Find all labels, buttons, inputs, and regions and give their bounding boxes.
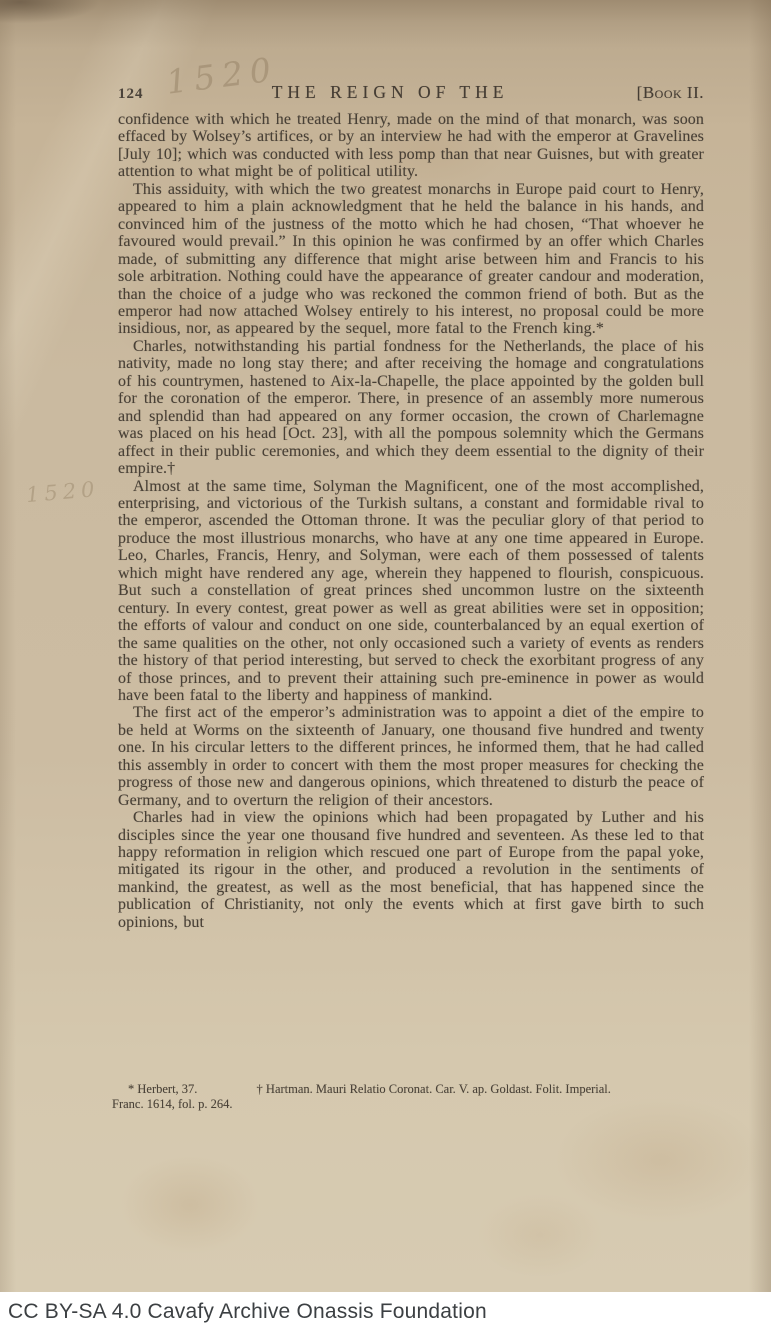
footnotes: * Herbert, 37. † Hartman. Mauri Relatio … [112, 1082, 712, 1112]
license-text: CC BY-SA 4.0 Cavafy Archive Onassis Foun… [8, 1300, 487, 1324]
license-caption-bar: CC BY-SA 4.0 Cavafy Archive Onassis Foun… [0, 1292, 771, 1332]
page-number: 124 [118, 86, 144, 103]
paragraph-4: Almost at the same time, Solyman the Mag… [118, 478, 704, 705]
paragraph-2: This assiduity, with which the two great… [118, 181, 704, 338]
paragraph-1: confidence with which he treated Henry, … [118, 111, 704, 181]
scanned-book-page: 1520 1520 124 THE REIGN OF THE [Book II.… [0, 0, 771, 1292]
book-section-label: [Book II. [637, 83, 704, 103]
footnote-continuation: Franc. 1614, fol. p. 264. [112, 1097, 712, 1112]
footnote-hartman: † Hartman. Mauri Relatio Coronat. Car. V… [257, 1082, 611, 1096]
page-body: confidence with which he treated Henry, … [118, 111, 704, 931]
paragraph-3: Charles, notwithstanding his partial fon… [118, 338, 704, 478]
footnote-herbert: * Herbert, 37. [128, 1082, 197, 1096]
footnote-line-1: * Herbert, 37. † Hartman. Mauri Relatio … [112, 1082, 712, 1097]
page-header: 124 THE REIGN OF THE [Book II. [118, 82, 704, 103]
handwritten-annotation-margin: 1520 [25, 477, 100, 507]
paragraph-6: Charles had in view the opinions which h… [118, 809, 704, 931]
running-title: THE REIGN OF THE [144, 82, 637, 103]
paragraph-5: The first act of the emperor’s administr… [118, 704, 704, 809]
